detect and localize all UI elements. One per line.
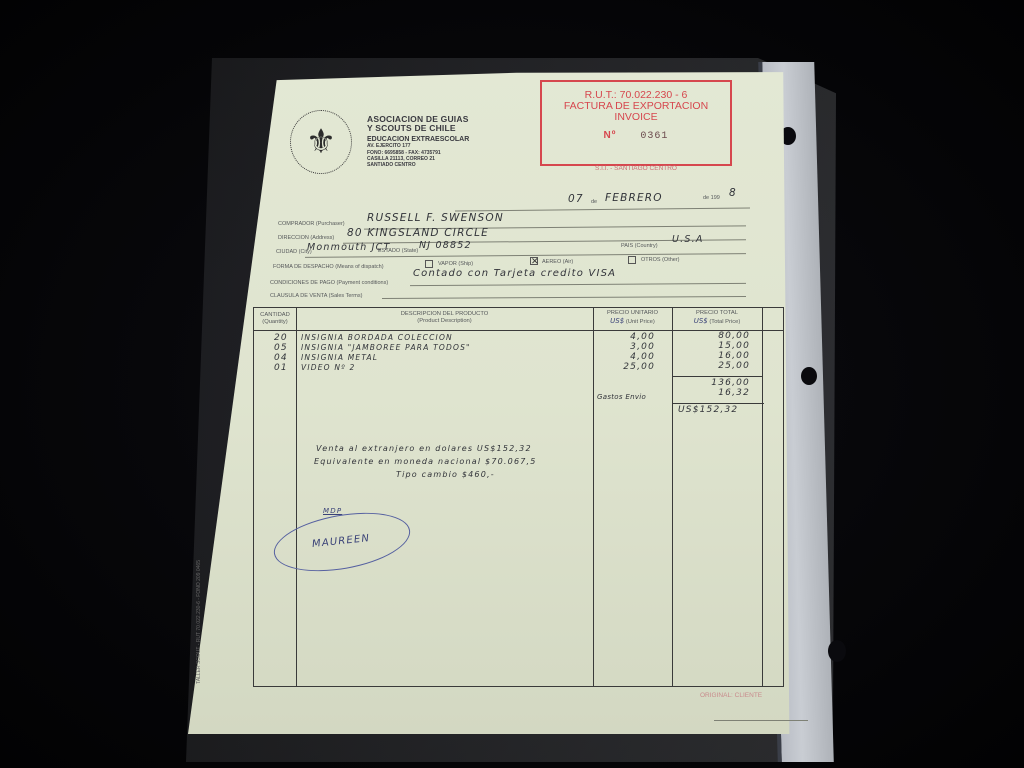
- dispatch-air-checkbox[interactable]: [530, 257, 538, 265]
- unit-price-header: PRECIO UNITARIO US$ (Unit Price): [593, 310, 672, 326]
- country-value: U.S.A: [672, 234, 704, 245]
- total-header-es: PRECIO TOTAL: [672, 310, 762, 317]
- row2-total: 15,00: [672, 341, 750, 351]
- organization-header: ASOCIACION DE GUIAS Y SCOUTS DE CHILE ED…: [367, 115, 469, 168]
- subtotal: 136,00: [672, 378, 750, 388]
- copy-label: ORIGINAL: CLIENTE: [700, 692, 762, 699]
- row1-desc: INSIGNIA BORDADA COLECCION: [301, 333, 453, 342]
- payment-value: Contado con Tarjeta credito VISA: [413, 268, 616, 279]
- dispatch-ship-checkbox[interactable]: [425, 260, 433, 268]
- date-month: FEBRERO: [605, 192, 663, 204]
- row3-desc: INSIGNIA METAL: [301, 353, 378, 362]
- row2-desc: INSIGNIA "JAMBOREE PARA TODOS": [301, 343, 471, 352]
- payment-label: CONDICIONES DE PAGO (Payment conditions): [270, 280, 388, 286]
- row3-qty: 04: [274, 353, 288, 363]
- row3-unit: 4,00: [593, 352, 655, 362]
- unit-header-en-row: US$ (Unit Price): [593, 317, 672, 326]
- address-value: 80 KINGSLAND CIRCLE: [347, 227, 489, 239]
- row1-total: 80,00: [672, 331, 750, 341]
- note-foreign-sale: Venta al extranjero en dolares US$152,32: [316, 444, 532, 453]
- qty-header: CANTIDAD (Quantity): [254, 312, 296, 326]
- dispatch-ship-label: VAPOR (Ship): [438, 261, 473, 267]
- unit-currency: US$: [610, 317, 624, 325]
- country-label: PAIS (Country): [621, 243, 658, 249]
- row1-unit: 4,00: [593, 332, 655, 342]
- col-divider-4: [762, 308, 763, 686]
- unit-header-es: PRECIO UNITARIO: [593, 310, 672, 317]
- col-divider-1: [296, 308, 297, 686]
- invoice-number: 0361: [640, 131, 668, 142]
- signature-initials: MDP: [323, 507, 342, 515]
- total-header-en: (Total Price): [709, 319, 740, 325]
- org-address-4: SANTIADO CENTRO: [367, 162, 469, 168]
- footer-rule: [714, 720, 808, 721]
- total-price-header: PRECIO TOTAL US$ (Total Price): [672, 310, 762, 326]
- punch-hole-middle: [801, 367, 817, 385]
- date-de1: de: [591, 199, 597, 205]
- qty-header-es: CANTIDAD: [254, 312, 296, 319]
- date-year-prefix: de 199: [703, 195, 720, 201]
- address-label: DIRECCION (Address): [278, 235, 334, 241]
- sii-office: S.I.I. - SANTIAGO CENTRO: [595, 165, 677, 172]
- unit-header-en: (Unit Price): [626, 319, 655, 325]
- line-items-table: CANTIDAD (Quantity) DESCRIPCION DEL PROD…: [253, 307, 784, 687]
- note-national-equivalent: Equivalente en moneda nacional $70.067,5: [314, 457, 537, 466]
- row4-total: 25,00: [672, 361, 750, 371]
- date-day: 07: [568, 193, 584, 205]
- total-currency: US$: [694, 317, 708, 325]
- row1-qty: 20: [274, 333, 288, 343]
- invoice-number-row: Nº0361: [542, 131, 730, 143]
- punch-hole-bottom: [828, 640, 846, 662]
- desc-header-es: DESCRIPCION DEL PRODUCTO: [296, 311, 593, 318]
- shipping-amount: 16,32: [672, 388, 750, 398]
- org-division: EDUCACION EXTRAESCOLAR: [367, 136, 469, 144]
- total-header-en-row: US$ (Total Price): [672, 317, 762, 326]
- row2-unit: 3,00: [593, 342, 655, 352]
- subtotal-divider: [672, 376, 762, 377]
- row2-qty: 05: [274, 343, 288, 353]
- note-exchange-rate: Tipo cambio $460,-: [396, 470, 495, 479]
- dispatch-air-label: AEREO (Air): [542, 259, 573, 265]
- state-value: NJ 08852: [419, 240, 472, 251]
- row4-unit: 25,00: [593, 362, 655, 372]
- sales-terms-label: CLAUSULA DE VENTA (Sales Terms): [270, 293, 362, 299]
- qty-header-en: (Quantity): [254, 319, 296, 326]
- number-label: Nº: [604, 130, 617, 141]
- desc-header-en: (Product Description): [296, 318, 593, 325]
- dispatch-other-label: OTROS (Other): [641, 257, 680, 263]
- desc-header: DESCRIPCION DEL PRODUCTO (Product Descri…: [296, 311, 593, 325]
- row3-total: 16,00: [672, 351, 750, 361]
- state-label: ESTADO (State): [378, 248, 418, 254]
- side-print-text: TALLER SCOUT - RUT 70.022.230-6 - FONO 2…: [196, 560, 202, 684]
- fleur-de-lis-logo-icon: ⚜: [290, 110, 352, 174]
- purchaser-label: COMPRADOR (Purchaser): [278, 221, 345, 227]
- dispatch-other-checkbox[interactable]: [628, 256, 636, 264]
- purchaser-value: RUSSELL F. SWENSON: [367, 212, 504, 224]
- dispatch-label: FORMA DE DESPACHO (Means of dispatch): [273, 264, 384, 270]
- grand-total: US$152,32: [678, 405, 738, 415]
- shipping-label: Gastos Envio: [597, 393, 646, 401]
- row4-desc: VIDEO Nº 2: [301, 363, 355, 372]
- invoice-subtitle: INVOICE: [542, 112, 730, 123]
- org-name-line2: Y SCOUTS DE CHILE: [367, 124, 469, 133]
- date-year-digit: 8: [729, 187, 737, 199]
- row4-qty: 01: [274, 363, 288, 373]
- invoice-stamp-box: R.U.T.: 70.022.230 - 6 FACTURA DE EXPORT…: [540, 80, 732, 166]
- total-divider: [672, 403, 764, 404]
